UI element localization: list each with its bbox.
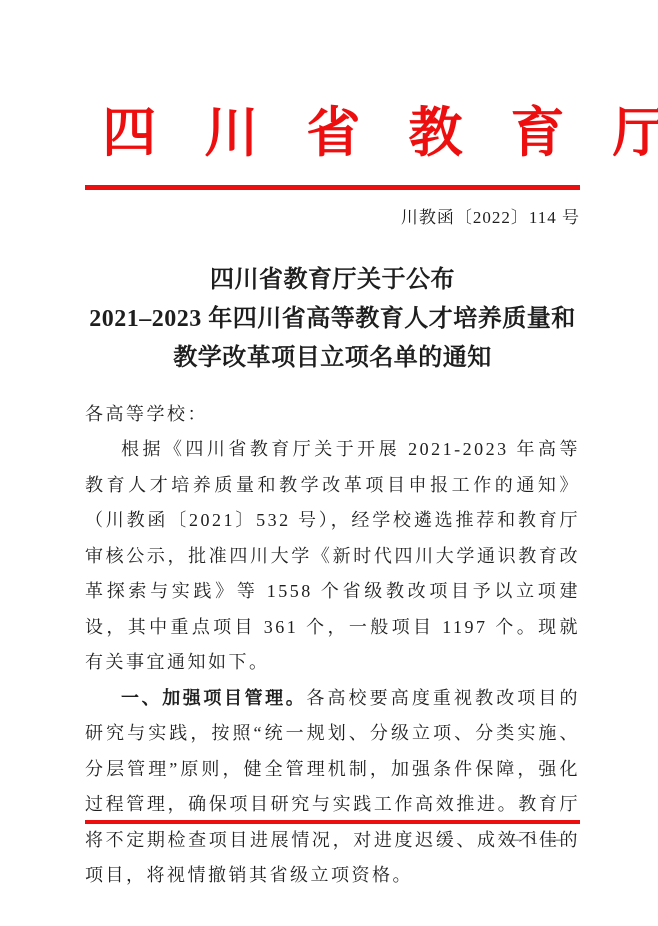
body-paragraph-2: 一、加强项目管理。各高校要高度重视教改项目的研究与实践，按照“统一规划、分级立项… xyxy=(85,681,580,894)
salutation: 各高等学校： xyxy=(85,397,580,432)
document-title-line-2: 2021–2023 年四川省高等教育人才培养质量和 xyxy=(85,300,580,339)
page-footer: — 1 — xyxy=(85,820,580,849)
document-title-line-3: 教学改革项目立项名单的通知 xyxy=(85,339,580,378)
header-divider-line xyxy=(85,185,580,190)
issuing-authority-title: 四 川 省 教 育 厅 xyxy=(85,98,580,168)
paragraph-2-text: 各高校要高度重视教改项目的研究与实践，按照“统一规划、分级立项、分类实施、分层管… xyxy=(85,688,580,886)
document-content: 四 川 省 教 育 厅 川教函〔2022〕114 号 四川省教育厅关于公布 20… xyxy=(85,98,580,894)
paragraph-2-heading: 一、加强项目管理。 xyxy=(121,688,306,708)
body-paragraph-1: 根据《四川省教育厅关于开展 2021-2023 年高等教育人才培养质量和教学改革… xyxy=(85,432,580,681)
document-title-line-1: 四川省教育厅关于公布 xyxy=(85,261,580,300)
footer-divider-line xyxy=(85,820,580,824)
document-reference-number: 川教函〔2022〕114 号 xyxy=(85,203,580,228)
page-number: — 1 — xyxy=(85,831,580,849)
document-page: 四 川 省 教 育 厅 川教函〔2022〕114 号 四川省教育厅关于公布 20… xyxy=(0,0,658,926)
document-title: 四川省教育厅关于公布 2021–2023 年四川省高等教育人才培养质量和 教学改… xyxy=(85,261,580,378)
